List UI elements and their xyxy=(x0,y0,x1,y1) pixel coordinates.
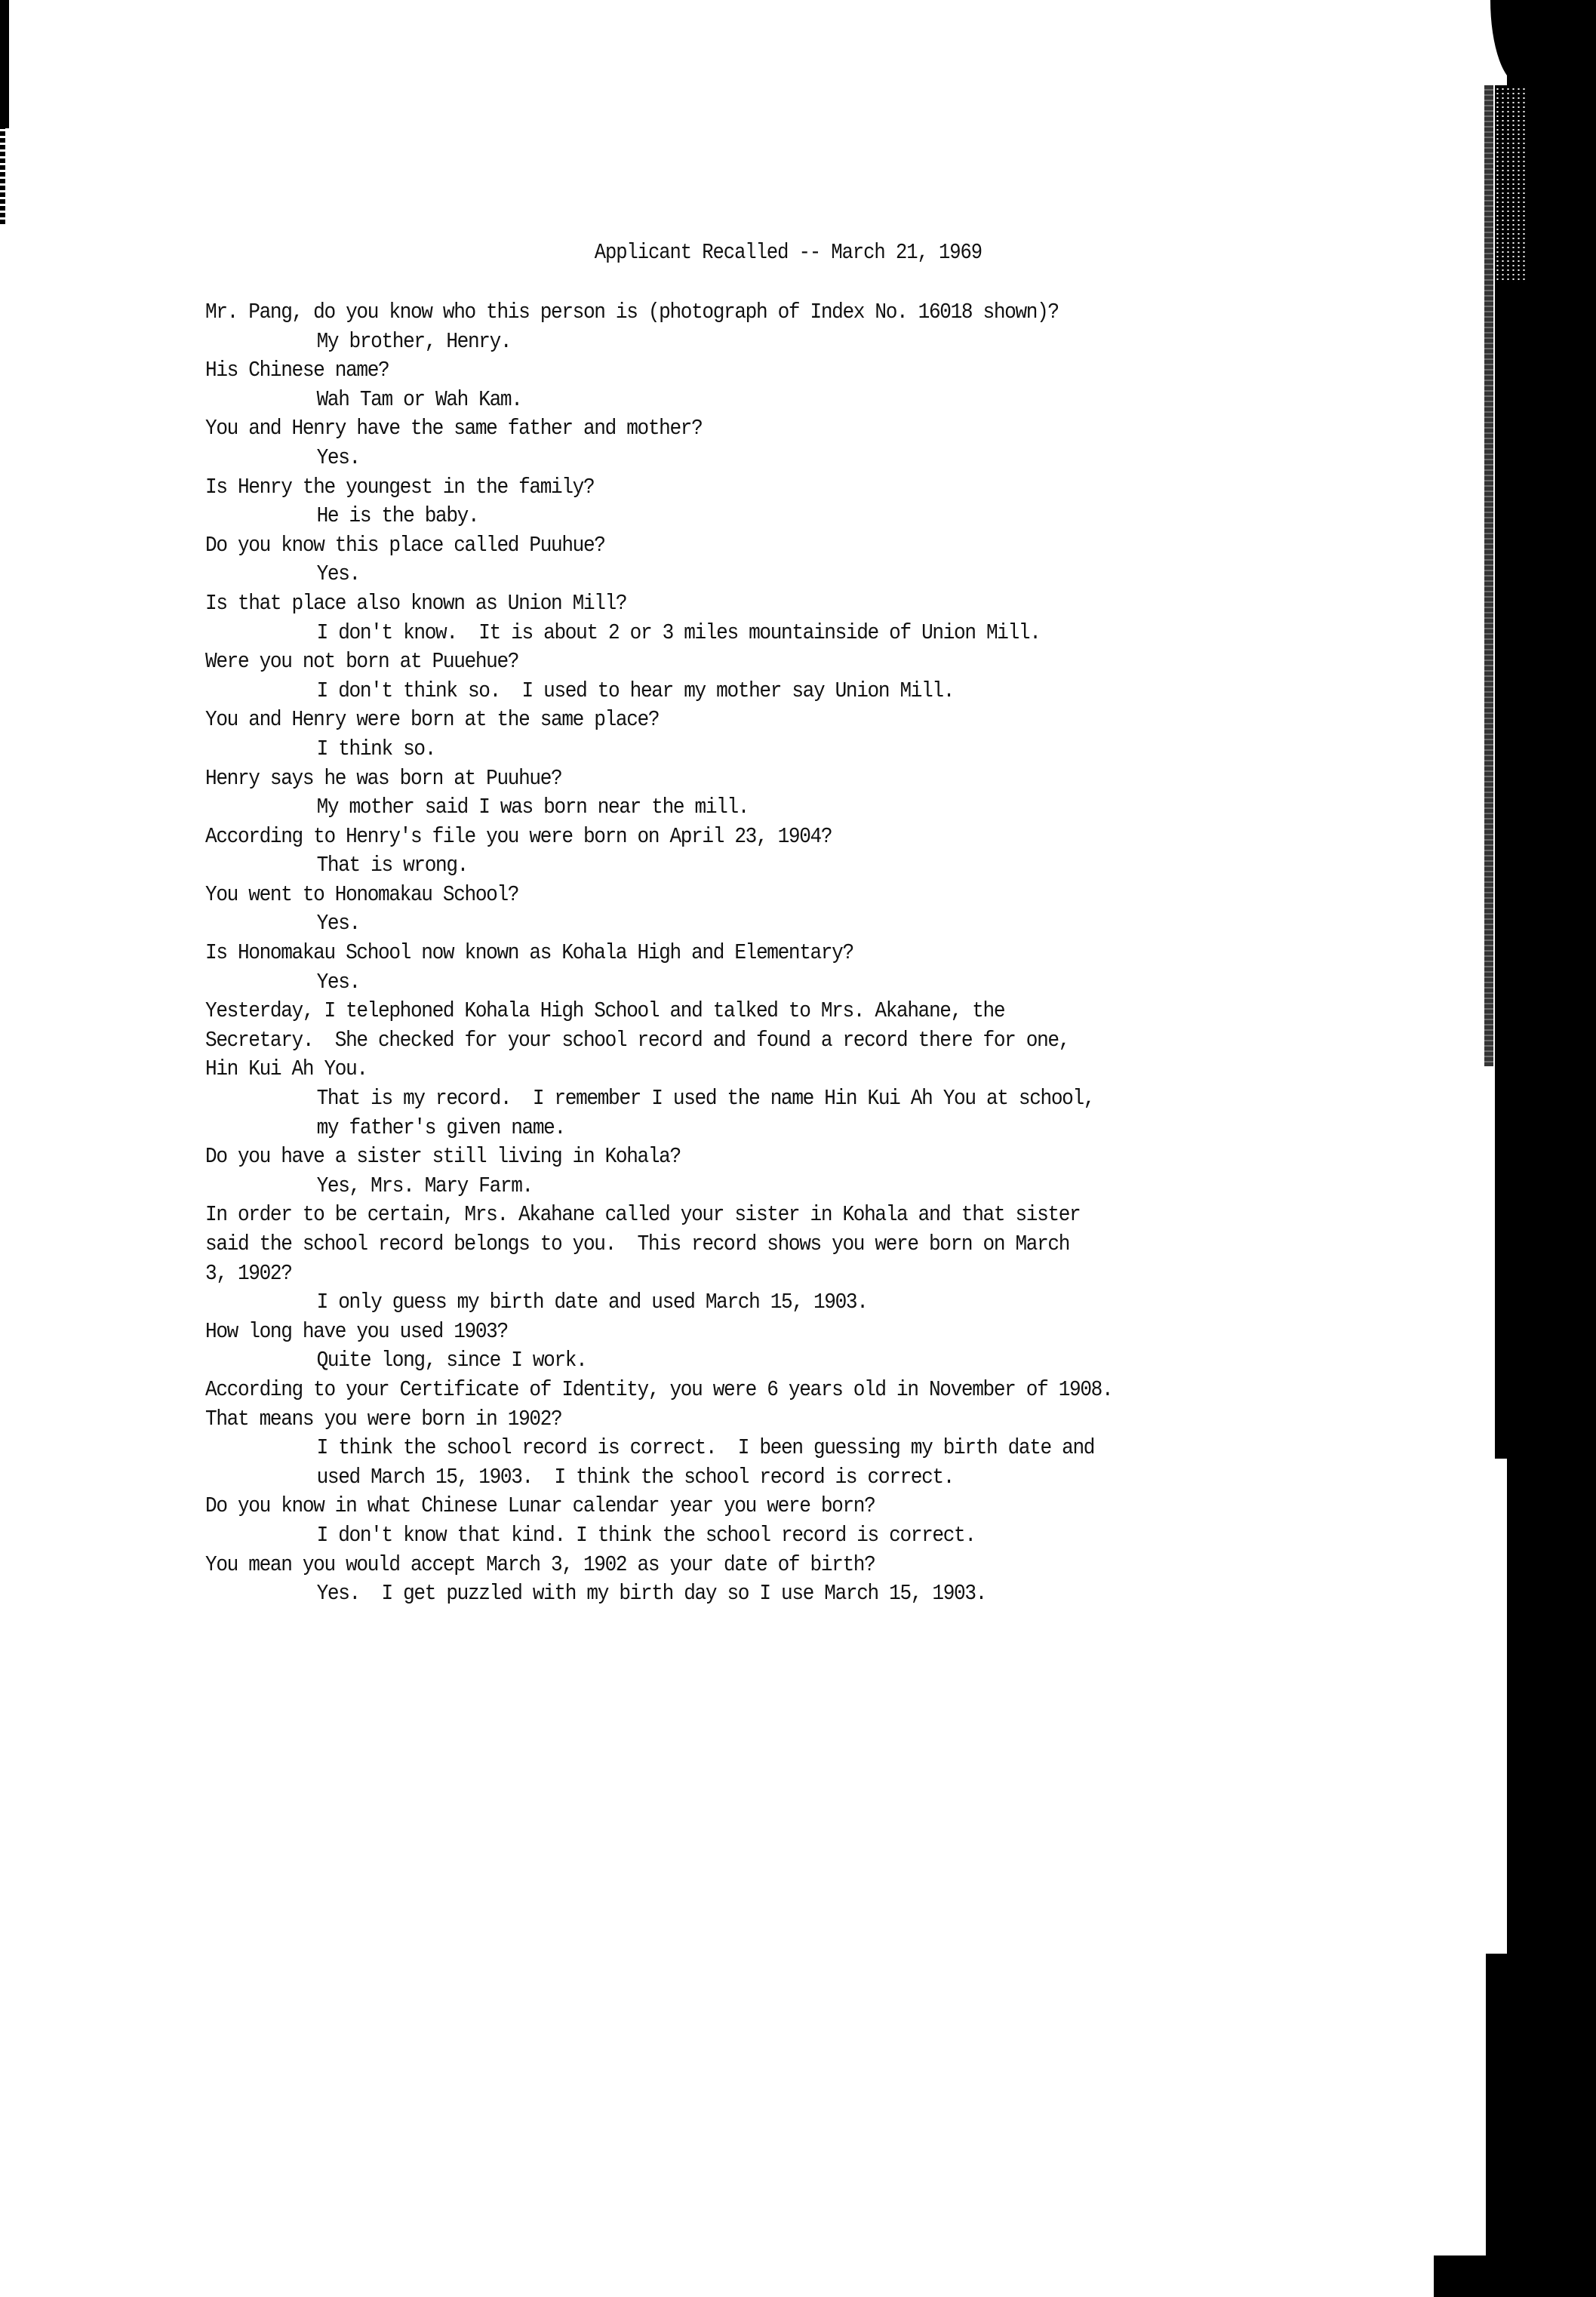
scan-edge-left xyxy=(0,0,9,128)
question-line: 3, 1902? xyxy=(205,1259,1360,1289)
question-line: Were you not born at Puuehue? xyxy=(205,647,1360,677)
scan-edge-right xyxy=(1507,0,1596,2297)
question-line: According to your Certificate of Identit… xyxy=(205,1376,1360,1405)
question-line: In order to be certain, Mrs. Akahane cal… xyxy=(205,1201,1360,1230)
question-line: Hin Kui Ah You. xyxy=(205,1055,1360,1084)
question-line: Is that place also known as Union Mill? xyxy=(205,589,1360,619)
question-line: Henry says he was born at Puuhue? xyxy=(205,764,1360,794)
answer-line: That is my record. I remember I used the… xyxy=(205,1084,1360,1114)
question-line: Secretary. She checked for your school r… xyxy=(205,1026,1360,1056)
answer-line: Yes. I get puzzled with my birth day so … xyxy=(205,1579,1360,1609)
question-line: His Chinese name? xyxy=(205,356,1360,386)
answer-line: That is wrong. xyxy=(205,851,1360,881)
answer-line: I think the school record is correct. I … xyxy=(205,1434,1360,1463)
answer-line: Quite long, since I work. xyxy=(205,1346,1360,1376)
transcript: Mr. Pang, do you know who this person is… xyxy=(205,298,1488,1609)
answer-line: I think so. xyxy=(205,735,1360,764)
answer-line: My mother said I was born near the mill. xyxy=(205,793,1360,823)
answer-line: Yes. xyxy=(205,909,1360,939)
question-line: You and Henry were born at the same plac… xyxy=(205,706,1360,735)
answer-line: He is the baby. xyxy=(205,502,1360,531)
answer-line: Wah Tam or Wah Kam. xyxy=(205,386,1360,415)
question-line: Yesterday, I telephoned Kohala High Scho… xyxy=(205,997,1360,1026)
scan-edge-right-strip xyxy=(1495,85,1507,1459)
scan-edge-right-curve xyxy=(1490,0,1521,85)
question-line: You and Henry have the same father and m… xyxy=(205,414,1360,444)
answer-line: Yes, Mrs. Mary Farm. xyxy=(205,1172,1360,1201)
scan-edge-left-marks xyxy=(0,125,5,226)
question-line: How long have you used 1903? xyxy=(205,1318,1360,1347)
question-line: Is Honomakau School now known as Kohala … xyxy=(205,939,1360,968)
answer-line: I don't know that kind. I think the scho… xyxy=(205,1521,1360,1551)
answer-line: I don't know. It is about 2 or 3 miles m… xyxy=(205,619,1360,648)
question-line: You went to Honomakau School? xyxy=(205,881,1360,910)
answer-line: Yes. xyxy=(205,444,1360,473)
question-line: That means you were born in 1902? xyxy=(205,1405,1360,1434)
question-line: Is Henry the youngest in the family? xyxy=(205,473,1360,503)
answer-line: used March 15, 1903. I think the school … xyxy=(205,1463,1360,1493)
question-line: According to Henry's file you were born … xyxy=(205,823,1360,852)
scan-edge-bottom-right-strip xyxy=(1486,1954,1507,2255)
answer-line: I only guess my birth date and used Marc… xyxy=(205,1288,1360,1318)
answer-line: Yes. xyxy=(205,968,1360,998)
scan-noise xyxy=(1495,87,1527,283)
question-line: said the school record belongs to you. T… xyxy=(205,1230,1360,1259)
answer-line: Yes. xyxy=(205,560,1360,589)
question-line: Do you know in what Chinese Lunar calend… xyxy=(205,1492,1360,1521)
question-line: Mr. Pang, do you know who this person is… xyxy=(205,298,1360,327)
question-line: Do you know this place called Puuhue? xyxy=(205,531,1360,561)
answer-line: my father's given name. xyxy=(205,1114,1360,1143)
question-line: You mean you would accept March 3, 1902 … xyxy=(205,1551,1360,1580)
question-line: Do you have a sister still living in Koh… xyxy=(205,1142,1360,1172)
answer-line: I don't think so. I used to hear my moth… xyxy=(205,677,1360,706)
document-title: Applicant Recalled -- March 21, 1969 xyxy=(86,240,1490,265)
scan-edge-bottom-right xyxy=(1434,2255,1596,2297)
answer-line: My brother, Henry. xyxy=(205,327,1360,357)
